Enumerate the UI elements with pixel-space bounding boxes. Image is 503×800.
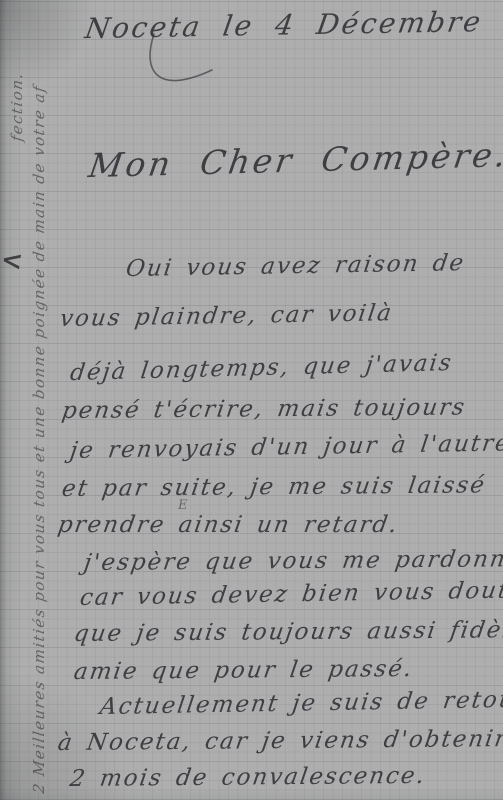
letter-line: vous plaindre, car voilà [58,300,394,332]
margin-note-overflow: fection. [8,71,26,143]
letter-line: car vous devez bien vous douter [78,577,503,611]
letter-line: j'espère que vous me pardonnerez [82,546,503,576]
letter-line: je renvoyais d'un jour à l'autre [68,430,503,464]
letter-line: à Noceta, car je viens d'obtenir [56,726,503,756]
letter-line: amie que pour le passé. [72,656,415,685]
letter-line: que je suis toujours aussi fidèle [72,617,503,647]
check-mark: < [0,245,25,278]
letter-line: pensé t'écrire, mais toujours [60,394,468,424]
letter-line: déjà longtemps, que j'avais [69,350,455,386]
letter-salutation: Mon Cher Compère. [86,135,503,185]
letter-line: 2 mois de convalescence. [68,763,428,792]
letter-line: et par suite, je me suis laissé [60,472,488,502]
margin-note-main: 2 Meilleures amitiés pour vous tous et u… [30,84,48,795]
insertion-mark: E [178,498,188,513]
letter-line: Actuellement je suis de retour [98,687,503,721]
letter-line: prendre ainsi un retard. [56,512,401,538]
letter-line: Oui vous avez raison de [124,250,467,282]
letter-page: Noceta le 4 Décembre 1918 Mon Cher Compè… [0,0,503,800]
letter-dateline: Noceta le 4 Décembre 1918 [83,3,503,45]
